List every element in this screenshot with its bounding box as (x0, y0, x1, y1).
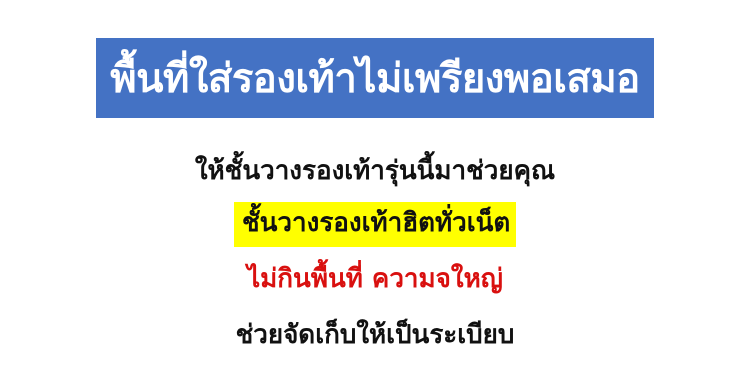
tagline-organize: ช่วยจัดเก็บให้เป็นระเบียบ (0, 322, 750, 348)
tagline-help-you: ให้ชั้นวางรองเท้ารุ่นนี้มาช่วยคุณ (0, 158, 750, 184)
highlight-row: ชั้นวางรองเท้าฮิตทั่วเน็ต (0, 202, 750, 247)
title-banner: พื้นที่ใส่รองเท้าไม่เพรียงพอเสมอ (96, 38, 654, 118)
tagline-space-saving: ไม่กินพื้นที่ ความจใหญ่ (0, 266, 750, 292)
banner-title: พื้นที่ใส่รองเท้าไม่เพรียงพอเสมอ (110, 46, 639, 110)
highlighted-tagline-viral: ชั้นวางรองเท้าฮิตทั่วเน็ต (234, 202, 516, 247)
